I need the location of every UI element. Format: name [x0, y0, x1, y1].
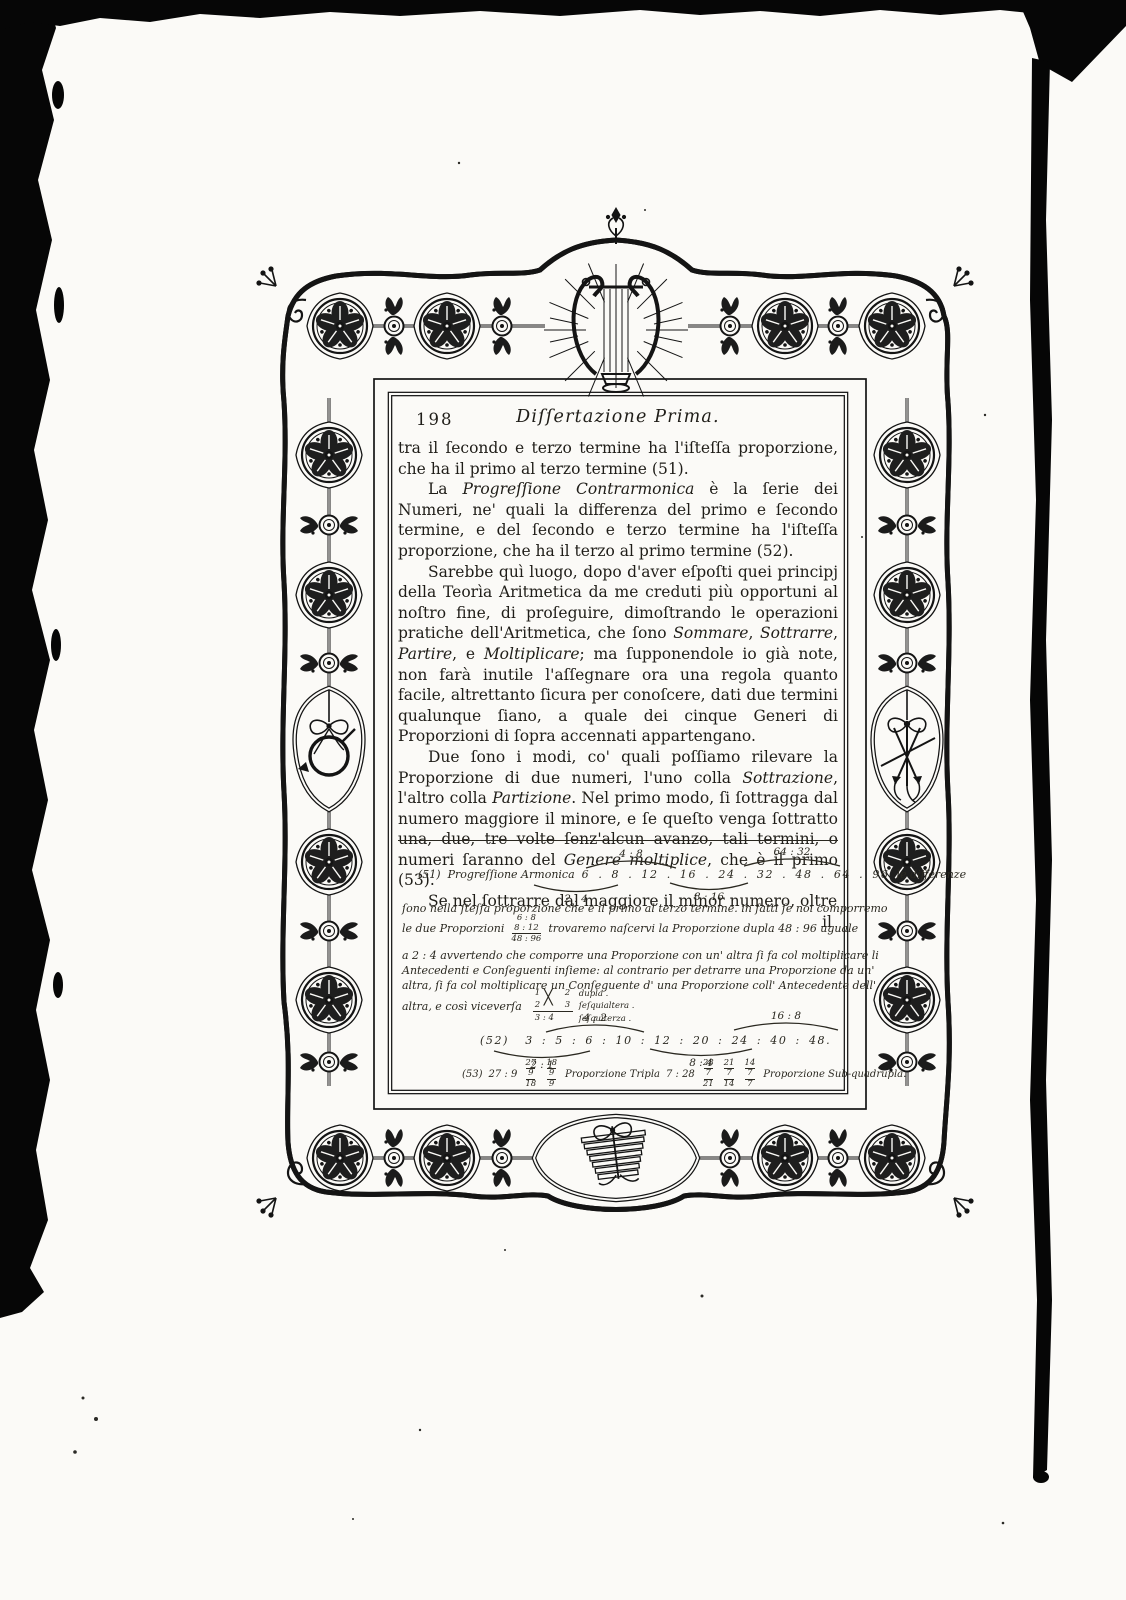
rosette-icon: [296, 562, 362, 628]
tulip-link-icon: [384, 1129, 403, 1187]
tulip-link-icon: [492, 297, 511, 355]
overbrace: 4 : 8: [584, 848, 678, 869]
overbrace: 4 : 2: [544, 1012, 646, 1033]
tulip-link-icon: [384, 297, 403, 355]
pan-pipes-cartouche: [534, 1116, 698, 1200]
scan-edge-left: [0, 0, 56, 1318]
rosette-icon: [414, 293, 480, 359]
tulip-link-icon: [878, 922, 936, 941]
subtraction-column: 27 9 18: [523, 1059, 538, 1090]
underbrace: 8 : 16: [668, 882, 750, 903]
tulip-link-icon: [828, 1129, 847, 1187]
paragraph: tra il ſecondo e terzo termine ha l'iſte…: [398, 438, 838, 479]
footnote-51-line1: (51) Progreſſione Armonica 6 . 8 . 12 . …: [418, 868, 966, 882]
rosette-icon: [307, 293, 373, 359]
paragraph: Sarebbe quì luogo, dopo d'aver eſpoſti q…: [398, 562, 838, 747]
tulip-link-icon: [300, 516, 358, 535]
rosette-icon: [307, 1125, 373, 1191]
rosette-icon: [874, 562, 940, 628]
subtraction-column: 18 9 9: [544, 1059, 559, 1090]
rosette-icon: [752, 1125, 818, 1191]
leaf-sprig-icon: [257, 1198, 276, 1217]
rosette-icon: [859, 1125, 925, 1191]
tulip-link-icon: [878, 654, 936, 673]
rosette-icon: [874, 829, 940, 895]
tulip-link-icon: [492, 1129, 511, 1187]
rosette-icon: [296, 967, 362, 1033]
footnote-51-line3: le due Proporzioni 6 : 8 8 : 12 48 : 96 …: [402, 908, 858, 948]
rosette-icon: [296, 422, 362, 488]
rosette-icon: [859, 293, 925, 359]
lyre-sunburst: [544, 264, 688, 397]
leaf-sprig-icon: [954, 1198, 973, 1217]
tulip-link-icon: [300, 654, 358, 673]
tulip-link-icon: [720, 297, 739, 355]
proportion-stack: 6 : 8 8 : 12 48 : 96: [511, 913, 541, 944]
arrow-bundle-cartouche: [873, 688, 942, 810]
leaf-sprig-icon: [257, 267, 276, 286]
tulip-link-icon: [300, 922, 358, 941]
footnote-rule: [398, 840, 838, 841]
rosette-icon: [874, 422, 940, 488]
paragraph: La Progreſſione Contrarmonica è la ſerie…: [398, 479, 838, 561]
footnote-52-line: (52) 3 : 5 : 6 : 10 : 12 : 20 : 24 : 40 …: [480, 1034, 831, 1048]
subtraction-column: 28 7 21: [701, 1059, 716, 1090]
footnote-51-line5: Antecedenti e Conſeguenti inſieme: al co…: [402, 964, 874, 978]
text-block: 198 Diſſertazione Prima. tra il ſecondo …: [398, 404, 838, 1094]
lyre-icon: [574, 277, 659, 392]
footnote-51-line4: a 2 : 4 avvertendo che comporre una Prop…: [402, 949, 879, 963]
subtraction-column: 14 7 7: [742, 1059, 757, 1090]
scan-edge-top: [0, 0, 1126, 30]
rosette-icon: [874, 967, 940, 1033]
scan-edge-right: [1030, 58, 1052, 1478]
scanned-book-page: { "page": { "number": "198", "title": "D…: [0, 0, 1126, 1600]
leaf-sprig-icon: [954, 267, 973, 286]
cross-icon: ╳: [544, 990, 553, 1005]
rosette-icon: [296, 829, 362, 895]
overbrace: 64 : 32: [742, 846, 842, 867]
overbrace: 16 : 8: [732, 1010, 840, 1031]
tulip-link-icon: [720, 1129, 739, 1187]
running-title: Diſſertazione Prima.: [398, 407, 838, 427]
tulip-link-icon: [300, 1053, 358, 1072]
rosette-icon: [752, 293, 818, 359]
page-header: 198 Diſſertazione Prima.: [398, 404, 838, 438]
tulip-link-icon: [878, 516, 936, 535]
hunting-horn-cartouche: [295, 688, 364, 810]
rosette-icon: [414, 1125, 480, 1191]
footnote-53-line: (53) 27 : 9 27 9 18 18 9 9 Proporzione T…: [462, 1054, 906, 1094]
tulip-link-icon: [828, 297, 847, 355]
subtraction-column: 21 7 14: [722, 1059, 737, 1090]
